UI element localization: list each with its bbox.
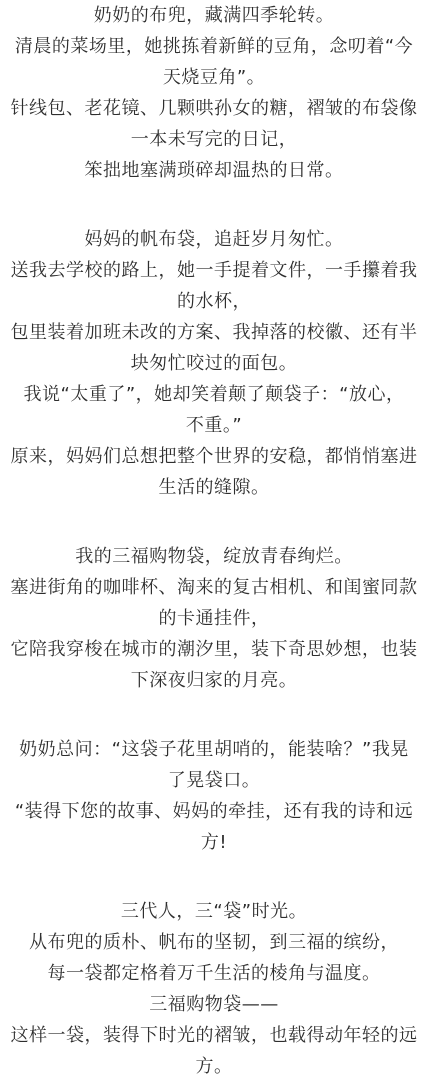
article-body: 奶奶的布兜，藏满四季轮转。 清晨的菜场里，她挑拣着新鲜的豆角，念叨着“今 天烧豆…: [0, 0, 428, 1082]
stanza-my-sanfu-shopping-bag: 我的三福购物袋，绽放青春绚烂。 塞进街角的咖啡杯、淘来的复古相机、和闺蜜同款 的…: [10, 541, 418, 696]
stanza-mother-canvas-bag: 妈妈的帆布袋，追赶岁月匆忙。 送我去学校的路上，她一手提着文件，一手攥着我 的水…: [10, 224, 418, 503]
stanza-three-generations-closing: 三代人，三“袋”时光。 从布兜的质朴、帆布的坚韧，到三福的缤纷， 每一袋都定格着…: [10, 896, 418, 1082]
stanza-grandma-dialogue: 奶奶总问：“这袋子花里胡哨的，能装啥？”我晃 了晃袋口。 “装得下您的故事、妈妈…: [10, 734, 418, 858]
stanza-grandma-cloth-bag: 奶奶的布兜，藏满四季轮转。 清晨的菜场里，她挑拣着新鲜的豆角，念叨着“今 天烧豆…: [10, 0, 418, 186]
